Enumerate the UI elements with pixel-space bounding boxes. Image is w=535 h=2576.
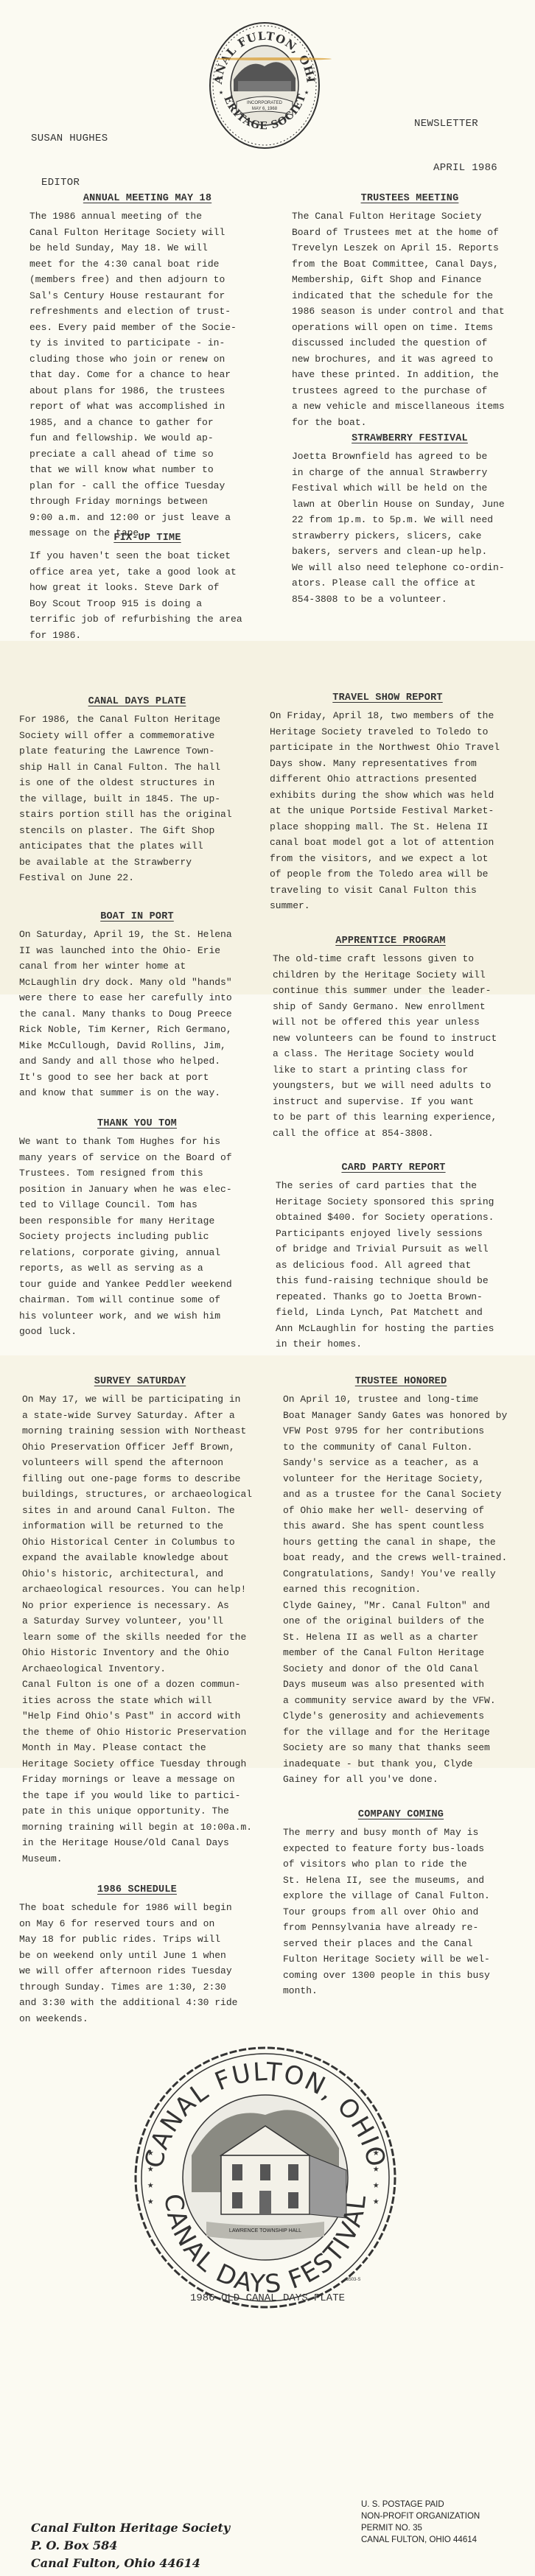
article-card-party-report: CARD PARTY REPORT The series of card par… xyxy=(276,1162,511,1352)
article-body: If you haven't seen the boat ticket offi… xyxy=(29,548,265,643)
issue-date: APRIL 1986 xyxy=(433,162,497,174)
seal-banner-line2: MAY 6, 1968 xyxy=(252,107,278,111)
article-title: COMPANY COMING xyxy=(283,1809,519,1820)
article-body: The Canal Fulton Heritage Society Board … xyxy=(292,208,528,430)
plate-caption: 1986 OLD CANAL DAYS PLATE xyxy=(0,2292,535,2304)
postage-line1: U. S. POSTAGE PAID xyxy=(361,2499,480,2510)
article-survey-saturday: SURVEY SATURDAY On May 17, we will be pa… xyxy=(22,1376,258,1867)
return-address-line1: Canal Fulton Heritage Society xyxy=(31,2519,230,2537)
article-fix-up-time: FIX-UP TIME If you haven't seen the boat… xyxy=(29,533,265,643)
return-address: Canal Fulton Heritage Society P. O. Box … xyxy=(31,2519,230,2572)
article-title: TRUSTEES MEETING xyxy=(292,193,528,204)
article-strawberry-festival: STRAWBERRY FESTIVAL Joetta Brownfield ha… xyxy=(292,433,528,607)
article-body: On May 17, we will be participating in a… xyxy=(22,1391,258,1867)
article-annual-meeting: ANNUAL MEETING MAY 18 The 1986 annual me… xyxy=(29,193,265,541)
article-body: On Saturday, April 19, the St. Helena II… xyxy=(19,927,255,1101)
article-body: Joetta Brownfield has agreed to be in ch… xyxy=(292,449,528,607)
article-apprentice-program: APPRENTICE PROGRAM The old-time craft le… xyxy=(273,936,508,1141)
return-address-line3: Canal Fulton, Ohio 44614 xyxy=(31,2555,230,2572)
article-body: On April 10, trustee and long-time Boat … xyxy=(283,1391,519,1788)
article-boat-in-port: BOAT IN PORT On Saturday, April 19, the … xyxy=(19,911,255,1101)
svg-text:★: ★ xyxy=(304,89,309,97)
article-body: The series of card parties that the Heri… xyxy=(276,1178,511,1352)
svg-text:★: ★ xyxy=(147,2163,154,2175)
article-body: The 1986 annual meeting of the Canal Ful… xyxy=(29,208,265,541)
article-title: STRAWBERRY FESTIVAL xyxy=(292,433,528,444)
article-title: BOAT IN PORT xyxy=(19,911,255,922)
svg-text:★: ★ xyxy=(147,2147,154,2159)
svg-text:★: ★ xyxy=(219,89,223,97)
article-title: APPRENTICE PROGRAM xyxy=(273,936,508,947)
article-title: TRAVEL SHOW REPORT xyxy=(270,692,506,703)
article-trustees-meeting: TRUSTEES MEETING The Canal Fulton Herita… xyxy=(292,193,528,430)
article-title: CARD PARTY REPORT xyxy=(276,1162,511,1173)
plate-building-label: LAWRENCE TOWNSHIP HALL xyxy=(229,2228,301,2233)
article-title: TRUSTEE HONORED xyxy=(283,1376,519,1387)
article-title: SURVEY SATURDAY xyxy=(22,1376,258,1387)
article-body: The boat schedule for 1986 will begin on… xyxy=(19,1900,255,2026)
svg-text:★: ★ xyxy=(147,2196,154,2208)
article-body: On Friday, April 18, two members of the … xyxy=(270,708,506,914)
article-trustee-honored: TRUSTEE HONORED On April 10, trustee and… xyxy=(283,1376,519,1788)
editor-role: EDITOR xyxy=(41,177,80,189)
article-title: CANAL DAYS PLATE xyxy=(19,696,255,707)
paper-stain xyxy=(214,57,332,60)
publication-type: NEWSLETTER xyxy=(414,118,478,130)
svg-text:★: ★ xyxy=(373,2147,380,2159)
article-canal-days-plate: CANAL DAYS PLATE For 1986, the Canal Ful… xyxy=(19,696,255,886)
svg-text:★: ★ xyxy=(373,2180,380,2191)
heritage-society-seal-icon: INCORPORATED MAY 6, 1968 CANAL FULTON, O… xyxy=(209,21,321,150)
article-1986-schedule: 1986 SCHEDULE The boat schedule for 1986… xyxy=(19,1884,255,2026)
article-title: ANNUAL MEETING MAY 18 xyxy=(29,193,265,204)
article-body: The merry and busy month of May is expec… xyxy=(283,1825,519,1999)
svg-text:★: ★ xyxy=(307,74,312,83)
article-body: The old-time craft lessons given to chil… xyxy=(273,951,508,1141)
svg-text:★: ★ xyxy=(373,2196,380,2208)
article-company-coming: COMPANY COMING The merry and busy month … xyxy=(283,1809,519,1999)
article-title: THANK YOU TOM xyxy=(19,1118,255,1129)
svg-text:★: ★ xyxy=(147,2180,154,2191)
svg-text:★: ★ xyxy=(216,74,220,83)
canal-days-plate-illustration-icon: LAWRENCE TOWNSHIP HALL CANAL FULTON, OHI… xyxy=(133,2045,398,2310)
newsletter-page: SUSAN HUGHES EDITOR NEWSLETTER APRIL 198… xyxy=(0,0,535,2576)
article-thank-you-tom: THANK YOU TOM We want to thank Tom Hughe… xyxy=(19,1118,255,1340)
postage-indicia: U. S. POSTAGE PAID NON-PROFIT ORGANIZATI… xyxy=(361,2499,480,2546)
return-address-line2: P. O. Box 584 xyxy=(31,2537,230,2555)
postage-line4: CANAL FULTON, OHIO 44614 xyxy=(361,2534,480,2546)
postage-line2: NON-PROFIT ORGANIZATION xyxy=(361,2510,480,2522)
article-title: FIX-UP TIME xyxy=(29,533,265,544)
article-title: 1986 SCHEDULE xyxy=(19,1884,255,1895)
postage-line3: PERMIT NO. 35 xyxy=(361,2522,480,2534)
seal-banner-line1: INCORPORATED xyxy=(247,101,283,105)
plate-mark: 3503-S xyxy=(346,2278,360,2282)
article-body: We want to thank Tom Hughes for his many… xyxy=(19,1134,255,1340)
editor-name: SUSAN HUGHES xyxy=(31,133,108,144)
article-travel-show-report: TRAVEL SHOW REPORT On Friday, April 18, … xyxy=(270,692,506,914)
svg-text:★: ★ xyxy=(373,2163,380,2175)
article-body: For 1986, the Canal Fulton Heritage Soci… xyxy=(19,712,255,886)
